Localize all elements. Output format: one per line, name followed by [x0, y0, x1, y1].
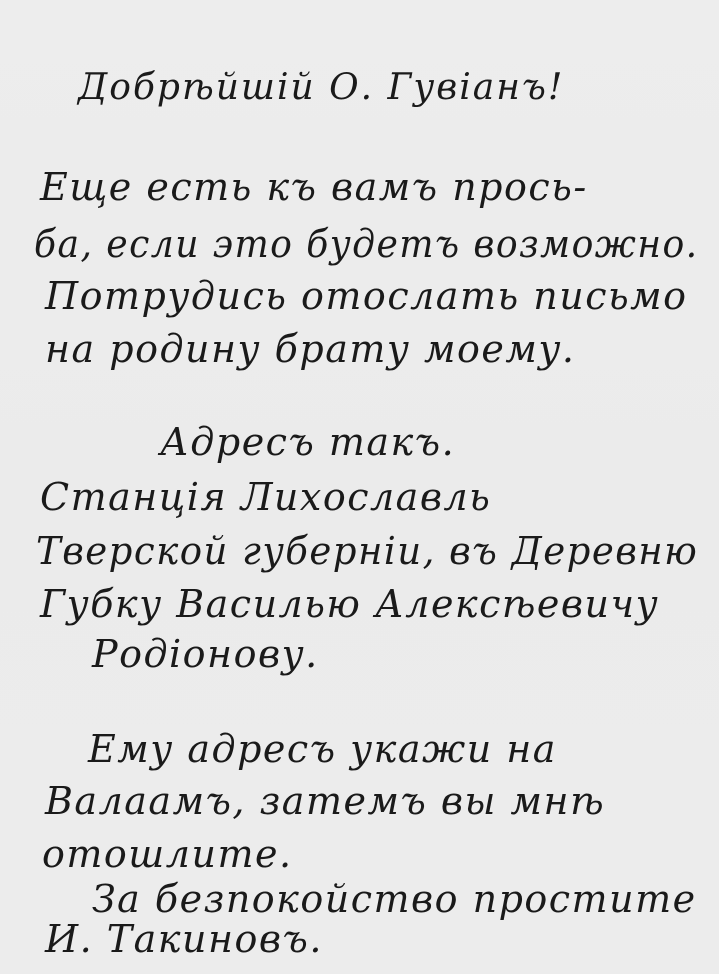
address-line: Родіонову. [92, 635, 319, 673]
signature: И. Такиновъ. [45, 920, 323, 958]
salutation: Добрѣйшій О. Гувіанъ! [78, 70, 564, 106]
text-line: Потрудись отослать письмо [45, 277, 688, 315]
text-line: Валаамъ, затемъ вы мнѣ [45, 782, 605, 820]
text-line: Еще есть къ вамъ прось- [40, 168, 588, 206]
text-line: на родину брату моему. [45, 330, 576, 368]
letter-page: Добрѣйшій О. Гувіанъ! Еще есть къ вамъ п… [0, 0, 719, 974]
text-line: отошлите. [42, 835, 293, 873]
text-line: ба, если это будетъ возможно. [34, 225, 699, 263]
closing-line: За безпокойство простите [92, 880, 697, 918]
address-heading: Адресъ такъ. [160, 423, 455, 461]
address-line: Губку Василью Алексѣевичу [40, 585, 659, 623]
address-line: Тверской губерніи, въ Деревню [36, 532, 698, 570]
text-line: Ему адресъ укажи на [88, 730, 557, 768]
address-line: Станція Лихославль [40, 478, 491, 516]
